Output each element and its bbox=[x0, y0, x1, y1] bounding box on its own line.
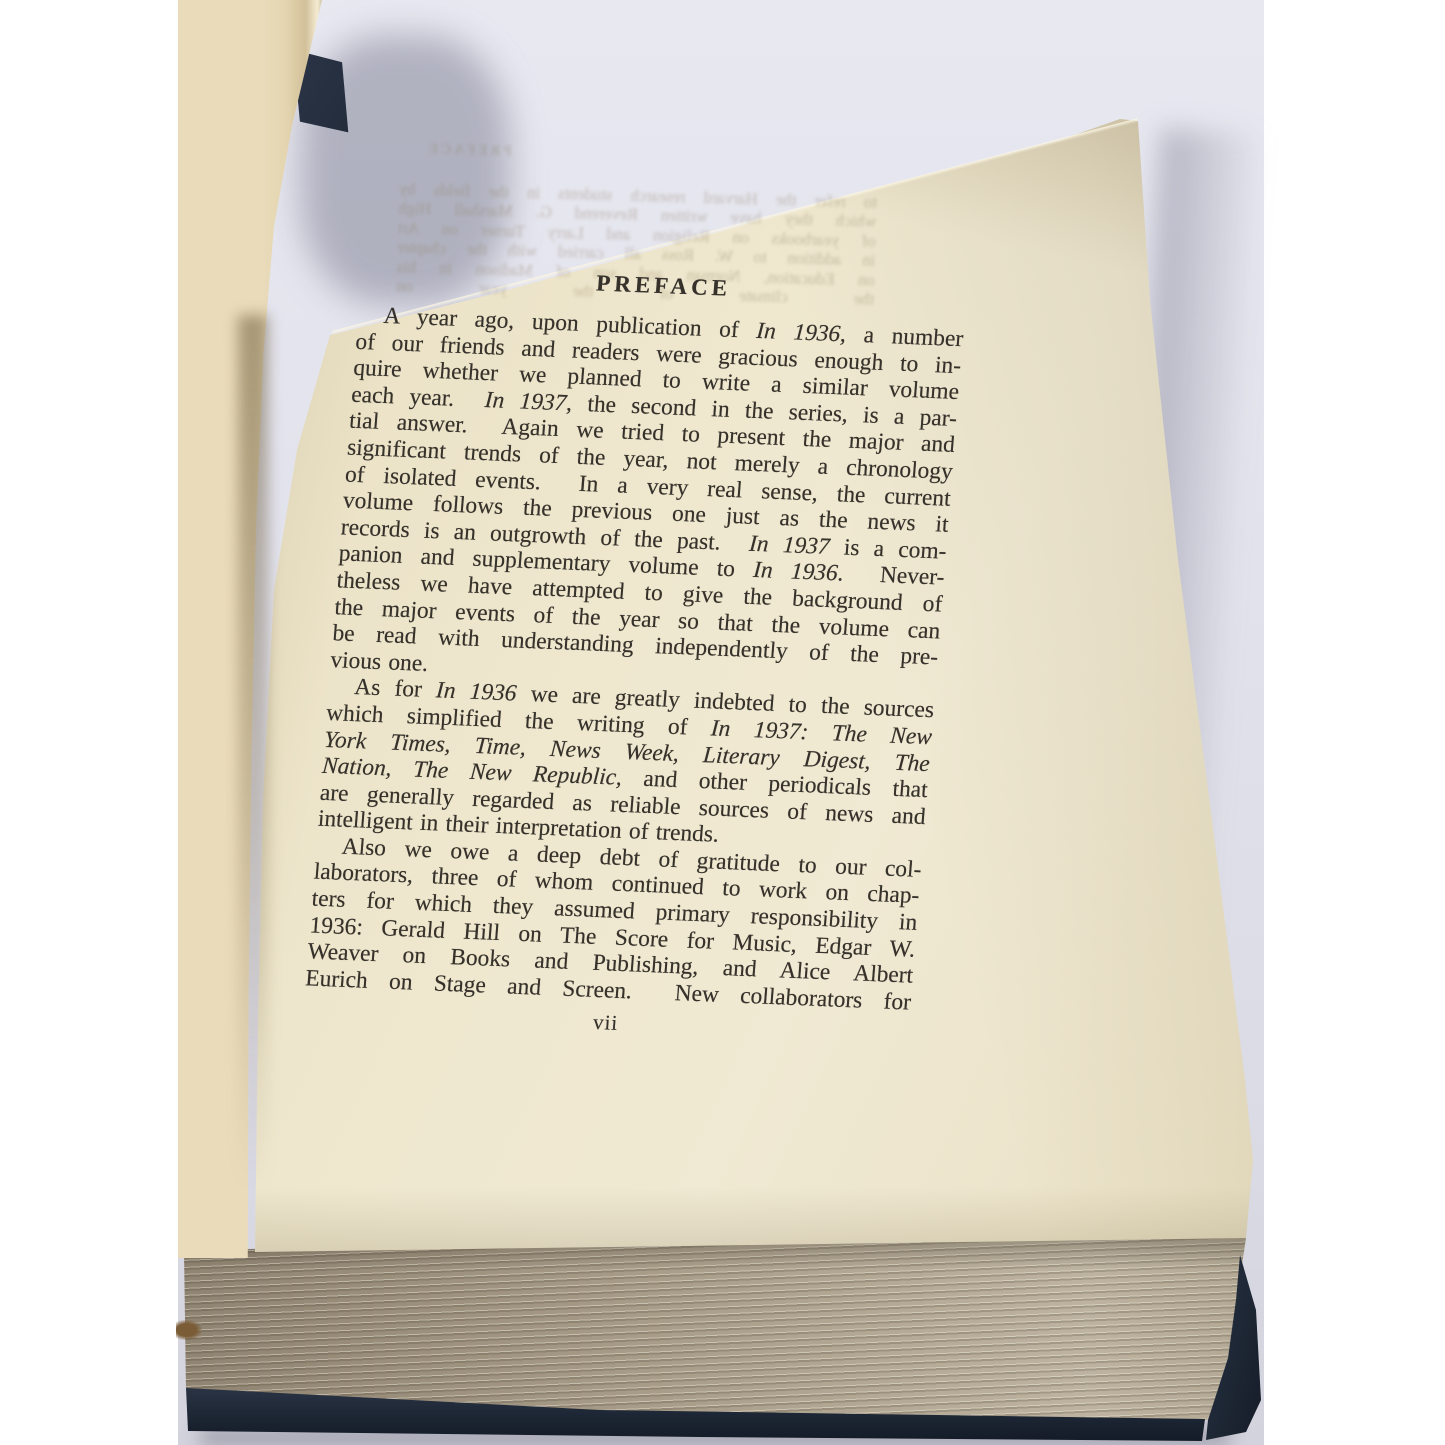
text-lines: A year ago, upon publication of In 1936,… bbox=[304, 302, 964, 1016]
book-photo-scene: PREFACE to refer the Harvard research st… bbox=[0, 0, 1445, 1445]
gutter-shadow bbox=[238, 315, 268, 1225]
preface-text-block: PREFACE A year ago, upon publication of … bbox=[302, 260, 968, 1049]
page-edge-notch bbox=[176, 1320, 202, 1340]
